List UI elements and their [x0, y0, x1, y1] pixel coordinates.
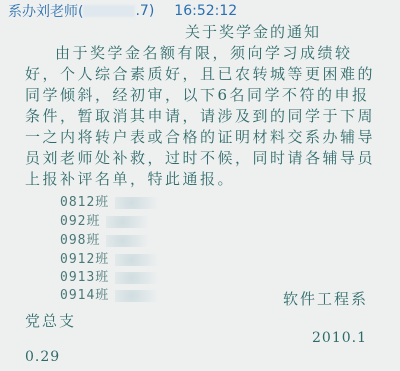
- redacted-name: [115, 254, 170, 266]
- class-label: 092班: [60, 214, 100, 229]
- redacted-name: [115, 197, 170, 209]
- class-entry: 0914班: [60, 284, 170, 303]
- notice-line: 由于奖学金名额有限，须向学习成绩较: [55, 42, 353, 63]
- redacted-name: [106, 216, 161, 228]
- message-header: 系办刘老师( .7) 16:52:12: [8, 1, 237, 21]
- date-part-1: 2010.1: [312, 330, 367, 346]
- redacted-name: [115, 290, 170, 302]
- notice-line: 员刘老师处补救，过时不候，同时请各辅导员: [25, 147, 375, 168]
- notice-line: 好，个人综合素质好，且已农转城等更困难的: [25, 63, 375, 84]
- notice-line: 同学倾斜，经初审，以下6名同学不符的申报: [25, 84, 370, 105]
- redacted-name: [115, 272, 170, 284]
- class-label: 098班: [60, 233, 100, 248]
- notice-line: 上报补评名单，特此通报。: [25, 168, 235, 189]
- class-label: 0914班: [60, 288, 109, 303]
- class-entry: 098班: [60, 229, 161, 248]
- class-entry: 092班: [60, 210, 161, 229]
- notice-line: 条件，暂取消其申请，请涉及到的同学于下周: [25, 105, 375, 126]
- redacted-name: [106, 235, 161, 247]
- class-entry: 0913班: [60, 266, 170, 285]
- sender-id: .7): [83, 3, 154, 19]
- department-signature: 软件工程系: [283, 288, 368, 309]
- class-label: 0812班: [60, 195, 109, 210]
- class-label: 0912班: [60, 252, 109, 267]
- party-branch-signature: 党总支: [25, 310, 76, 331]
- redacted-id: [83, 5, 135, 17]
- date-part-2: 0.29: [25, 349, 60, 365]
- class-entry: 0912班: [60, 248, 170, 267]
- class-entry: 0812班: [60, 191, 170, 210]
- notice-line: 一之内将转户表或合格的证明材料交系办辅导: [25, 126, 375, 147]
- notice-title: 关于奖学金的通知: [185, 21, 321, 42]
- sender-name[interactable]: 系办刘老师(: [8, 1, 83, 21]
- sender-id-suffix: .7): [135, 3, 154, 19]
- message-time: 16:52:12: [174, 3, 237, 19]
- class-label: 0913班: [60, 270, 109, 285]
